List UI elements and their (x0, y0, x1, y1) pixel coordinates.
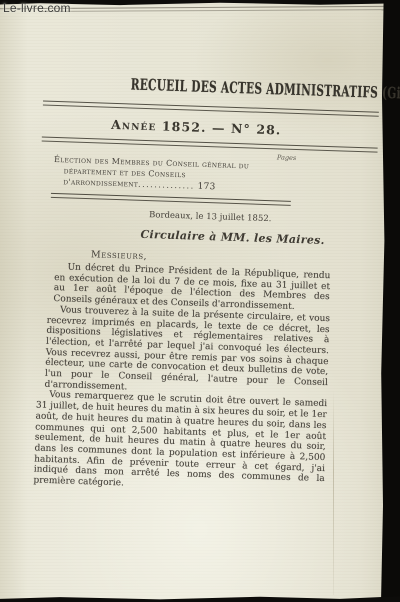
toc-page-number: 173 (197, 182, 215, 193)
paper-crease (333, 390, 334, 595)
page-title-text: RECUEIL DES ACTES ADMINISTRATIFS (Girond… (130, 74, 400, 103)
toc-leader-dots: .............. (138, 180, 195, 191)
toc-rule (51, 193, 291, 206)
scan-edge-bottom (0, 595, 400, 602)
paragraph-3: Vous remarquerez que le scrutin doit êtr… (33, 390, 327, 496)
page-title: RECUEIL DES ACTES ADMINISTRATIFS (Girond… (56, 72, 339, 103)
issue-line: Année 1852. — N° 28. (55, 115, 337, 139)
dateline: Bordeaux, le 13 juillet 1852. (52, 207, 334, 226)
page-edge-line-2 (40, 9, 400, 12)
scanned-page: Le-livre.com RECUEIL DES ACTES ADMINISTR… (0, 0, 400, 602)
table-of-contents: Pages Élection des Membres du Conseil gé… (53, 146, 297, 206)
paragraph-2: Vous trouverez à la suite de la présente… (44, 305, 330, 400)
circular-heading: Circulaire à MM. les Maires. (51, 225, 333, 247)
printed-content: RECUEIL DES ACTES ADMINISTRATIFS (Girond… (43, 72, 339, 496)
watermark: Le-livre.com (3, 1, 71, 15)
